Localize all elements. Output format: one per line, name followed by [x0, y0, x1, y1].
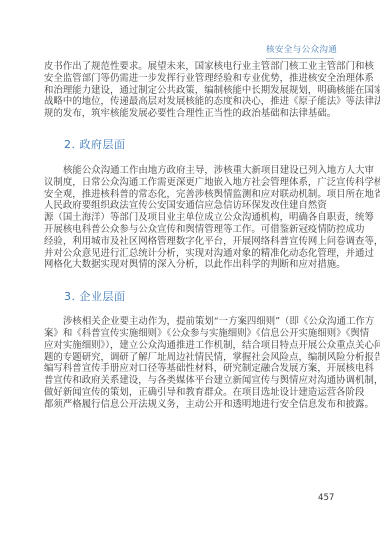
text-line: 人民政府要组织政法宣传公安国安通信应急信访环保发改住建自然资	[44, 200, 336, 212]
text-line: 应对实施细则》），建立公众沟通推进工作机制，结合项目特点开展公众重点关心问	[44, 340, 336, 352]
text-line: 核能公众沟通工作由地方政府主导，涉核重大新项目建设已列入地方人大审	[44, 165, 336, 177]
section-heading-enterprise: 3. 企业层面	[44, 288, 336, 304]
text-line: 网格化大数据实现对舆情的深入分析，以此作出科学的判断和应对措施。	[44, 259, 336, 271]
text-line: 编写科普宣传手册应对口径等基础性材料，研究制定融合发展方案，开展核电科	[44, 363, 336, 375]
text-line: 和治理能力建设，通过制定公共政策，编制核能中长期发展规划，明确核能在国家	[44, 85, 336, 97]
section-heading-government: 2. 政府层面	[44, 136, 336, 152]
intro-paragraph: 皮书作出了规范性要求。展望未来，国家核电行业主管部门核工业主管部门和核 安全监管…	[44, 61, 336, 120]
text-line: 安全观，推进核科普的常态化，完善涉核舆情监测和应对联动机制。项目所在地省	[44, 189, 336, 201]
text-line: 规的发布，筑牢核能发展必要性合理性正当性的政治基础和法律基础。	[44, 108, 336, 120]
text-line: 战略中的地位，传递最高层对发展核能的态度和决心，推进《原子能法》等法律法	[44, 96, 336, 108]
text-line: 普宣传和政府关系建设，与各类媒体平台建立新闻宣传与舆情应对沟通协调机制，	[44, 375, 336, 387]
text-line: 安全监管部门等仍需进一步发挥行业管理经验和专业优势，推进核安全治理体系	[44, 73, 336, 85]
text-line: 都须严格履行信息公开法规义务，主动公开和透明地进行安全信息发布和披露。	[44, 399, 336, 411]
text-line: 题的专题研究，调研了解厂址周边社情民情，掌握社会风险点，编制风险分析报告，	[44, 352, 336, 364]
page-number: 457	[318, 493, 334, 503]
text-line: 并对公众意见进行汇总统计分析，实现对沟通对象的精准化动态化管理，并通过	[44, 248, 336, 260]
text-line: 案》和《科普宣传实施细则》《公众参与实施细则》《信息公开实施细则》《舆情	[44, 328, 336, 340]
text-line: 经验，利用城市及社区网格管理数字化平台，开展网络科普宣传网上问卷调查等，	[44, 236, 336, 248]
text-line: 皮书作出了规范性要求。展望未来，国家核电行业主管部门核工业主管部门和核	[44, 61, 336, 73]
text-line: 源（国土海洋）等部门及项目业主单位成立公众沟通机构，明确各自职责，统筹	[44, 212, 336, 224]
text-line: 议制度，日常公众沟通工作需更深更广地嵌入地方社会管理体系，广泛宣传科学核	[44, 177, 336, 189]
text-line: 开展核电科普公众参与公众宣传和舆情管理等工作。可借鉴新冠疫情防控成功	[44, 224, 336, 236]
page-content: 皮书作出了规范性要求。展望未来，国家核电行业主管部门核工业主管部门和核 安全监管…	[44, 61, 336, 411]
government-paragraph: 核能公众沟通工作由地方政府主导，涉核重大新项目建设已列入地方人大审 议制度，日常…	[44, 165, 336, 271]
text-line: 做好新闻宣传的策划，正确引导和教育群众。在项目选址设计建造运营各阶段	[44, 387, 336, 399]
running-head-title: 核安全与公众沟通	[266, 43, 334, 59]
text-line: 涉核相关企业要主动作为，提前策划“一方案四细则”（即《公众沟通工作方	[44, 316, 336, 328]
enterprise-paragraph: 涉核相关企业要主动作为，提前策划“一方案四细则”（即《公众沟通工作方 案》和《科…	[44, 316, 336, 410]
